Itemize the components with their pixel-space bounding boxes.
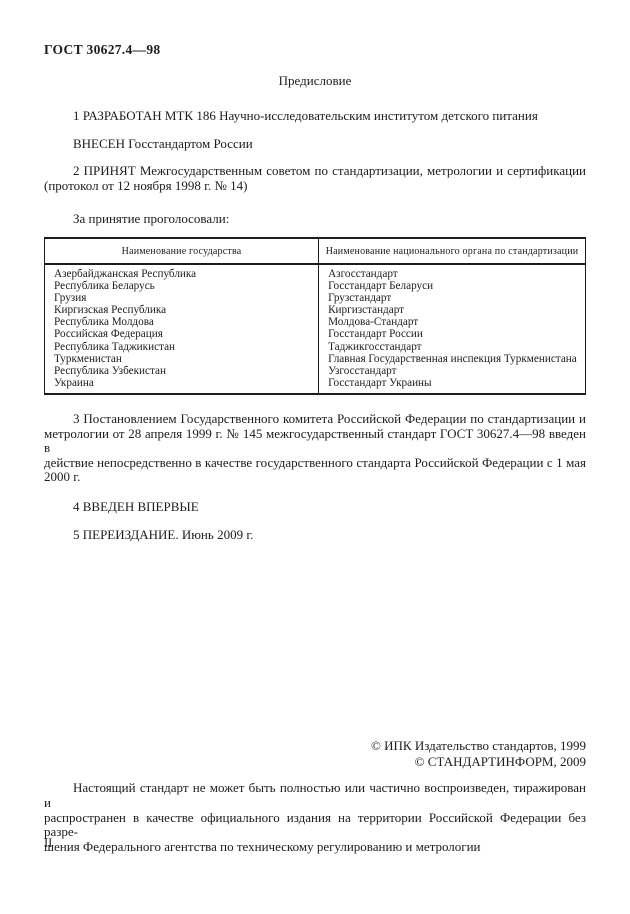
table-row: Республика МолдоваМолдова-Стандарт — [45, 316, 586, 328]
table-row: УкраинаГосстандарт Украины — [45, 377, 586, 394]
table-row: Республика БеларусьГосстандарт Беларуси — [45, 280, 586, 292]
text-line: ВНЕСЕН Госстандартом России — [44, 137, 586, 152]
paragraph-submitted: ВНЕСЕН Госстандартом России — [44, 137, 586, 152]
table-cell: Российская Федерация — [45, 328, 319, 340]
table-row: Киргизская РеспубликаКиргизстандарт — [45, 304, 586, 316]
text-line: 5 ПЕРЕИЗДАНИЕ. Июнь 2009 г. — [44, 528, 586, 543]
voting-table-head: Наименование государства Наименование на… — [45, 238, 586, 264]
text-line: © ИПК Издательство стандартов, 1999 — [44, 738, 586, 754]
table-row: ГрузияГрузстандарт — [45, 292, 586, 304]
standard-number-header: ГОСТ 30627.4—98 — [44, 42, 586, 58]
table-cell: Туркменистан — [45, 353, 319, 365]
text-line: 2000 г. — [44, 470, 586, 485]
text-line: За принятие проголосовали: — [44, 212, 586, 227]
text-line: © СТАНДАРТИНФОРМ, 2009 — [44, 754, 586, 770]
text-line: (протокол от 12 ноября 1998 г. № 14) — [44, 179, 586, 194]
table-cell: Украина — [45, 377, 319, 394]
table-cell: Киргизстандарт — [319, 304, 586, 316]
document-page: ГОСТ 30627.4—98 Предисловие 1 РАЗРАБОТАН… — [0, 0, 630, 914]
text-line: шения Федерального агентства по техничес… — [44, 840, 586, 855]
table-cell: Молдова-Стандарт — [319, 316, 586, 328]
paragraph-decree: 3 Постановлением Государственного комите… — [44, 412, 586, 485]
page-number: II — [44, 836, 52, 851]
page-title: Предисловие — [44, 73, 586, 89]
table-cell: Республика Узбекистан — [45, 365, 319, 377]
text-line: 4 ВВЕДЕН ВПЕРВЫЕ — [44, 500, 586, 515]
table-cell: Республика Таджикистан — [45, 341, 319, 353]
table-cell: Узгосстандарт — [319, 365, 586, 377]
text-line: распространен в качестве официального из… — [44, 811, 586, 841]
text-line: Настоящий стандарт не может быть полност… — [44, 781, 586, 811]
text-line: 3 Постановлением Государственного комите… — [44, 412, 586, 427]
text-line: действие непосредственно в качестве госу… — [44, 456, 586, 471]
text-line: 2 ПРИНЯТ Межгосударственным советом по с… — [44, 164, 586, 179]
voting-table-header-row: Наименование государства Наименование на… — [45, 238, 586, 264]
paragraph-first-introduced: 4 ВВЕДЕН ВПЕРВЫЕ — [44, 500, 586, 515]
table-cell: Азербайджанская Республика — [45, 264, 319, 280]
column-header-body: Наименование национального органа по ста… — [319, 238, 586, 264]
table-cell: Грузстандарт — [319, 292, 586, 304]
table-cell: Киргизская Республика — [45, 304, 319, 316]
table-cell: Госстандарт Беларуси — [319, 280, 586, 292]
table-cell: Грузия — [45, 292, 319, 304]
column-header-state: Наименование государства — [45, 238, 319, 264]
reproduction-notice: Настоящий стандарт не может быть полност… — [44, 781, 586, 855]
table-cell: Госстандарт России — [319, 328, 586, 340]
table-cell: Республика Молдова — [45, 316, 319, 328]
table-row: Азербайджанская РеспубликаАзгосстандарт — [45, 264, 586, 280]
table-row: Российская ФедерацияГосстандарт России — [45, 328, 586, 340]
voting-table: Наименование государства Наименование на… — [44, 237, 586, 395]
paragraph-voted-intro: За принятие проголосовали: — [44, 212, 586, 227]
table-cell: Республика Беларусь — [45, 280, 319, 292]
table-cell: Таджикгосстандарт — [319, 341, 586, 353]
table-cell: Главная Государственная инспекция Туркме… — [319, 353, 586, 365]
text-line: 1 РАЗРАБОТАН МТК 186 Научно-исследовател… — [44, 109, 586, 124]
table-cell: Госстандарт Украины — [319, 377, 586, 394]
copyright-block: © ИПК Издательство стандартов, 1999© СТА… — [44, 738, 586, 769]
table-row: ТуркменистанГлавная Государственная инсп… — [45, 353, 586, 365]
text-line: метрологии от 28 апреля 1999 г. № 145 ме… — [44, 427, 586, 456]
paragraph-developed: 1 РАЗРАБОТАН МТК 186 Научно-исследовател… — [44, 109, 586, 124]
paragraph-reissue: 5 ПЕРЕИЗДАНИЕ. Июнь 2009 г. — [44, 528, 586, 543]
table-row: Республика УзбекистанУзгосстандарт — [45, 365, 586, 377]
paragraph-adopted: 2 ПРИНЯТ Межгосударственным советом по с… — [44, 164, 586, 193]
table-cell: Азгосстандарт — [319, 264, 586, 280]
voting-table-body: Азербайджанская РеспубликаАзгосстандартР… — [45, 264, 586, 394]
table-row: Республика ТаджикистанТаджикгосстандарт — [45, 341, 586, 353]
